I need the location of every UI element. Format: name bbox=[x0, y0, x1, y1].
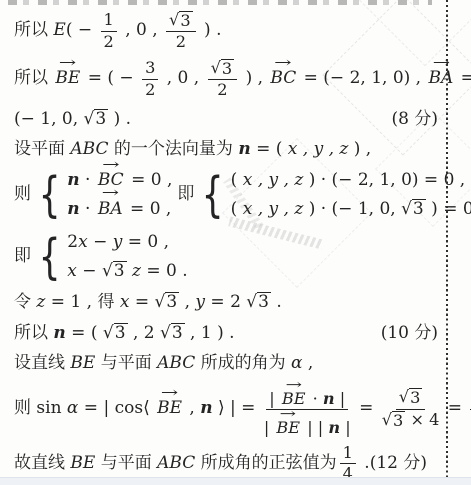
math-token: 1 bbox=[104, 11, 114, 29]
vector: →BA bbox=[429, 68, 454, 89]
sqrt: √3 bbox=[102, 261, 127, 282]
math-token: = | cos⟨ bbox=[78, 398, 155, 419]
math-token: − bbox=[77, 261, 102, 282]
line-vectors-BE-BC-BA: 所以 →BE = ( − 3 2 , 0 , √3 2 ) , →BC = (−… bbox=[14, 57, 438, 101]
math-token: n bbox=[323, 390, 335, 408]
math-token: , 2 bbox=[128, 323, 160, 344]
math-token: x bbox=[67, 261, 77, 282]
vector-arrow-icon: → bbox=[151, 387, 188, 401]
math-token: , 1 ) . bbox=[185, 323, 235, 344]
math-token: = (− 2, 1, 0) , bbox=[298, 68, 426, 89]
vector-arrow-icon: → bbox=[264, 57, 303, 71]
radical-sign: √ bbox=[103, 323, 114, 344]
math-token: BE bbox=[70, 453, 95, 474]
math-token: x , y , z bbox=[243, 199, 304, 220]
math-token: = 2 bbox=[205, 292, 246, 313]
vector: →BE bbox=[55, 68, 80, 89]
radical-sign: √ bbox=[382, 411, 392, 429]
math-token: 3 bbox=[114, 323, 128, 344]
equation-system: { 2 x − y = 0 , x − √3 z = 0 . bbox=[35, 232, 188, 282]
math-token: = 0 , bbox=[122, 232, 169, 253]
vector: →BE bbox=[276, 419, 300, 437]
math-token: ( bbox=[231, 199, 243, 220]
line-normal-vector-setup: 设平面 ABC 的一个法向量为 n = ( x , y , z ) , bbox=[14, 138, 438, 162]
math-token: 设直线 bbox=[14, 353, 70, 374]
sqrt: √3 bbox=[401, 199, 426, 220]
math-token: n bbox=[328, 419, 340, 437]
vector-arrow-icon: → bbox=[49, 57, 86, 71]
math-token: n bbox=[67, 170, 79, 191]
vector-arrow-icon: → bbox=[271, 408, 306, 421]
sqrt: √3 bbox=[103, 323, 128, 344]
math-token: α bbox=[291, 353, 302, 374]
math-token: · bbox=[80, 199, 96, 220]
math-token: ) . bbox=[199, 20, 222, 41]
math-token: 令 bbox=[14, 292, 36, 313]
math-token: 3 bbox=[221, 59, 234, 79]
math-token: 3 bbox=[392, 411, 405, 431]
math-token: 所成的角为 bbox=[195, 353, 291, 374]
math-token: n bbox=[53, 323, 65, 344]
math-token: y bbox=[195, 292, 205, 313]
math-token: 2 bbox=[217, 81, 227, 99]
math-token: , bbox=[179, 292, 195, 313]
vector-arrow-icon: → bbox=[91, 159, 130, 173]
fraction: √3 2 bbox=[166, 11, 196, 52]
math-token: n bbox=[238, 139, 250, 160]
math-token: x , y , z bbox=[288, 139, 349, 160]
line-normal-vector-result: 所以 n = ( √3 , 2 √3 , 1 ) . (10 分) bbox=[14, 321, 438, 347]
math-token: 所以 bbox=[14, 20, 53, 41]
brace-glyph: { bbox=[39, 174, 61, 215]
math-token: 2 bbox=[145, 81, 155, 99]
sqrt: √3 bbox=[399, 388, 423, 408]
math-token: 则 sin bbox=[14, 398, 67, 419]
score-badge: (12 分) bbox=[370, 453, 427, 474]
math-token: ABC bbox=[157, 453, 195, 474]
math-token: x bbox=[120, 292, 130, 313]
math-token: ( bbox=[231, 170, 243, 191]
clipped-text-row bbox=[8, 0, 432, 5]
radical-sign: √ bbox=[102, 261, 113, 282]
vector-arrow-icon: → bbox=[92, 187, 129, 201]
line-BA-value: (− 1, 0, √3 ) . (8 分) bbox=[14, 108, 438, 132]
radical-sign: √ bbox=[399, 388, 409, 406]
math-token: . bbox=[359, 453, 370, 474]
math-token: x bbox=[78, 232, 88, 253]
math-token: 3 bbox=[412, 199, 426, 220]
math-token: z bbox=[127, 261, 141, 282]
math-token: 2 bbox=[104, 33, 114, 51]
math-token: 3 bbox=[94, 109, 108, 130]
line-simplified-system: 即 { 2 x − y = 0 , x − √3 z bbox=[14, 231, 438, 283]
math-token: 所以 bbox=[14, 323, 53, 344]
math-token: 则 bbox=[14, 184, 31, 205]
sqrt: √3 bbox=[155, 292, 180, 313]
math-token: 与平面 bbox=[95, 353, 157, 374]
math-token: E bbox=[53, 20, 65, 41]
math-token: x , y , z bbox=[243, 170, 304, 191]
sqrt: √3 bbox=[382, 411, 406, 431]
math-token: , 0 , bbox=[161, 68, 204, 89]
math-token: · bbox=[308, 390, 323, 408]
brace-glyph: { bbox=[39, 236, 61, 277]
math-token: 3 bbox=[145, 59, 155, 77]
math-expression: (− 1, 0, √3 ) . bbox=[14, 109, 131, 130]
math-token: α bbox=[67, 398, 78, 419]
math-token: 3 bbox=[171, 323, 185, 344]
score-badge: (8 分) bbox=[392, 109, 438, 130]
math-token: = bbox=[455, 68, 471, 89]
math-token: 3 bbox=[409, 388, 422, 408]
math-token: ⟩ | = bbox=[213, 398, 261, 419]
vector-arrow-icon: → bbox=[276, 379, 311, 392]
math-token: 3 bbox=[257, 292, 271, 313]
math-token: 设平面 bbox=[14, 139, 70, 160]
math-token: , bbox=[184, 398, 200, 419]
math-token: 2 bbox=[67, 232, 78, 253]
radical-sign: √ bbox=[246, 292, 257, 313]
fraction: √3 √3 × 4 bbox=[382, 388, 440, 430]
score-badge: (10 分) bbox=[381, 323, 438, 344]
sqrt: √3 bbox=[169, 11, 193, 31]
fraction: | →BE · n | | →BE | | n | bbox=[264, 381, 351, 437]
radical-sign: √ bbox=[84, 109, 95, 130]
math-token: 1 bbox=[343, 444, 353, 462]
math-token: BC bbox=[270, 68, 296, 88]
line-dot-product-system: 则 { n · →BC = 0 , n · →BA = 0 , bbox=[14, 166, 438, 224]
radical-sign: √ bbox=[155, 292, 166, 313]
scanned-solution-page: 所以 E ( − 1 2 , 0 , √3 2 ) . 所以 →BE = ( −… bbox=[0, 0, 471, 485]
math-token: = bbox=[354, 398, 379, 419]
line-solve-xyz: 令 z = 1 , 得 x = √3 , y = 2 √3 . bbox=[14, 290, 438, 316]
math-token: = ( bbox=[251, 139, 288, 160]
fraction: 1 2 bbox=[101, 11, 117, 50]
math-token: BA bbox=[429, 68, 454, 88]
math-token: (− 1, 0, bbox=[14, 109, 84, 130]
math-token: | bbox=[335, 390, 346, 408]
math-token: 的一个法向量为 bbox=[109, 139, 239, 160]
math-token: = bbox=[82, 68, 107, 89]
sqrt: √3 bbox=[160, 323, 185, 344]
math-token: | bbox=[269, 390, 280, 408]
fraction: √3 2 bbox=[208, 59, 238, 100]
math-token: 故直线 bbox=[14, 453, 70, 474]
equation-system: { ( x , y , z ) · (− 2, 1, 0) = 0 , ( x … bbox=[198, 170, 471, 220]
math-token: BE bbox=[157, 398, 182, 418]
math-token: − bbox=[88, 232, 113, 253]
brace-glyph: { bbox=[202, 174, 224, 215]
math-token: 即 bbox=[14, 246, 31, 267]
column-divider-dotted bbox=[446, 0, 448, 478]
math-token: BE bbox=[70, 353, 95, 374]
math-token: × 4 bbox=[405, 411, 439, 429]
radical-sign: √ bbox=[401, 199, 412, 220]
math-token: 2 bbox=[176, 33, 186, 51]
math-token: ) = 0 . bbox=[426, 199, 471, 220]
math-token: | bbox=[264, 419, 275, 437]
math-token: , 0 , bbox=[120, 20, 163, 41]
math-token: n bbox=[200, 398, 212, 419]
math-token: = 0 , bbox=[125, 199, 172, 220]
math-token: = 0 . bbox=[141, 261, 188, 282]
radical-sign: √ bbox=[169, 11, 179, 29]
fraction: 3 2 bbox=[142, 59, 158, 98]
line-point-E: 所以 E ( − 1 2 , 0 , √3 2 ) . bbox=[14, 10, 438, 52]
math-token: ) · (− 2, 1, 0) = 0 , bbox=[303, 170, 465, 191]
bottom-page-strip bbox=[0, 477, 471, 485]
math-token: = bbox=[129, 292, 154, 313]
math-token: n bbox=[67, 199, 79, 220]
math-token: . bbox=[271, 292, 282, 313]
math-token: 3 bbox=[165, 292, 179, 313]
math-token: 即 bbox=[177, 184, 194, 205]
math-token: 与平面 bbox=[95, 453, 157, 474]
math-token: 3 bbox=[179, 11, 192, 31]
math-token: ( − bbox=[66, 20, 98, 41]
solution-text: 所以 E ( − 1 2 , 0 , √3 2 ) . 所以 →BE = ( −… bbox=[14, 10, 438, 483]
sqrt: √3 bbox=[246, 292, 271, 313]
equation-system: { n · →BC = 0 , n · →BA = 0 , bbox=[35, 170, 172, 220]
math-expression: 所以 n = ( √3 , 2 √3 , 1 ) . bbox=[14, 323, 235, 344]
math-token: ) , bbox=[348, 139, 371, 160]
math-token: BA bbox=[98, 199, 123, 219]
math-token: = 1 , 得 bbox=[45, 292, 119, 313]
math-token: = 0 , bbox=[126, 170, 173, 191]
math-token: BE bbox=[55, 68, 80, 88]
math-token: = ( bbox=[66, 323, 103, 344]
math-token: ABC bbox=[157, 353, 195, 374]
line-angle-definition: 设直线 BE 与平面 ABC 所成的角为 α , bbox=[14, 352, 438, 376]
math-token: ) . bbox=[108, 109, 131, 130]
vector: →BE bbox=[282, 390, 306, 408]
vector-arrow-icon: → bbox=[422, 57, 459, 71]
math-token: ) · (− 1, 0, bbox=[303, 199, 401, 220]
math-token: z bbox=[36, 292, 45, 313]
math-token: | bbox=[340, 419, 351, 437]
math-token: , bbox=[303, 353, 314, 374]
math-token: 所成角的正弦值为 bbox=[195, 453, 336, 474]
vector: →BA bbox=[98, 199, 123, 220]
math-token: 3 bbox=[113, 261, 127, 282]
radical-sign: √ bbox=[160, 323, 171, 344]
math-token: | | bbox=[302, 419, 328, 437]
math-token: y bbox=[113, 232, 123, 253]
math-token: ) , bbox=[240, 68, 268, 89]
vector: →BC bbox=[270, 68, 296, 89]
sqrt: √3 bbox=[211, 59, 235, 79]
math-token: 所以 bbox=[14, 68, 53, 89]
line-sine-computation: 则 sin α = | cos⟨ →BE , n ⟩ | = | →BE · n… bbox=[14, 381, 438, 437]
vector: →BE bbox=[157, 398, 182, 419]
sqrt: √3 bbox=[84, 109, 109, 130]
math-token: ( − bbox=[107, 68, 139, 89]
radical-sign: √ bbox=[211, 59, 221, 77]
